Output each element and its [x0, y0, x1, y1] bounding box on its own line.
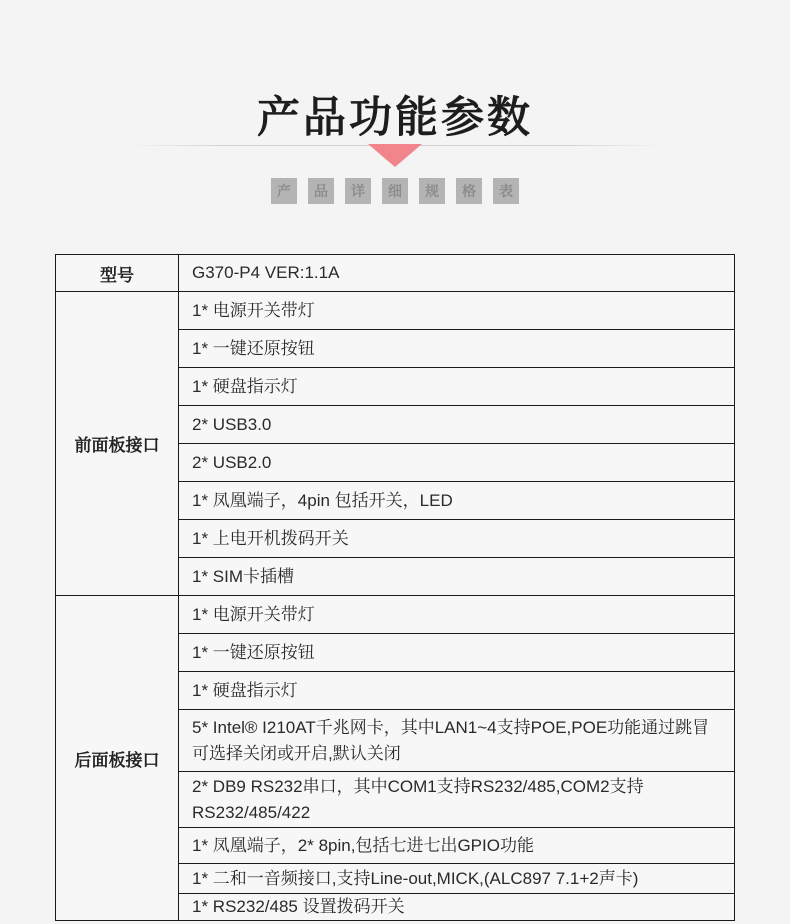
- down-triangle-icon: [368, 144, 422, 167]
- spec-value: 1* 电源开关带灯: [179, 292, 735, 330]
- tag-chip: 规: [419, 178, 445, 204]
- tag-chip: 表: [493, 178, 519, 204]
- tag-chip: 产: [271, 178, 297, 204]
- tag-chip: 格: [456, 178, 482, 204]
- spec-value: 1* 电源开关带灯: [179, 596, 735, 634]
- spec-value: 1* 一键还原按钮: [179, 330, 735, 368]
- section-label: 后面板接口: [56, 596, 179, 921]
- page-title: 产品功能参数: [0, 94, 790, 142]
- spec-table: 型号 G370-P4 VER:1.1A 前面板接口1* 电源开关带灯1* 一键还…: [55, 254, 735, 921]
- spec-value: 1* 硬盘指示灯: [179, 672, 735, 710]
- spec-value: 1* 一键还原按钮: [179, 634, 735, 672]
- tag-chip: 品: [308, 178, 334, 204]
- spec-value: 2* USB2.0: [179, 444, 735, 482]
- model-label: 型号: [56, 255, 179, 292]
- spec-value: 1* 二和一音频接口,支持Line-out,MICK,(ALC897 7.1+2…: [179, 864, 735, 894]
- spec-value: 2* USB3.0: [179, 406, 735, 444]
- title-divider: [0, 144, 790, 170]
- spec-row: 后面板接口1* 电源开关带灯: [56, 596, 735, 634]
- tag-chip: 详: [345, 178, 371, 204]
- spec-table-body: 型号 G370-P4 VER:1.1A 前面板接口1* 电源开关带灯1* 一键还…: [56, 255, 735, 921]
- tag-row: 产品详细规格表: [0, 178, 790, 204]
- spec-row: 前面板接口1* 电源开关带灯: [56, 292, 735, 330]
- model-row: 型号 G370-P4 VER:1.1A: [56, 255, 735, 292]
- spec-value: 2* DB9 RS232串口，其中COM1支持RS232/485,COM2支持R…: [179, 772, 735, 828]
- model-value: G370-P4 VER:1.1A: [179, 255, 735, 292]
- spec-value: 1* 凤凰端子，2* 8pin,包括七进七出GPIO功能: [179, 828, 735, 864]
- spec-value: 1* RS232/485 设置拨码开关: [179, 894, 735, 921]
- spec-value: 1* 凤凰端子，4pin 包括开关，LED: [179, 482, 735, 520]
- spec-value: 1* SIM卡插槽: [179, 558, 735, 596]
- section-label: 前面板接口: [56, 292, 179, 596]
- tag-chip: 细: [382, 178, 408, 204]
- spec-value: 1* 硬盘指示灯: [179, 368, 735, 406]
- spec-value: 1* 上电开机拨码开关: [179, 520, 735, 558]
- spec-value: 5* Intel® I210AT千兆网卡，其中LAN1~4支持POE,POE功能…: [179, 710, 735, 772]
